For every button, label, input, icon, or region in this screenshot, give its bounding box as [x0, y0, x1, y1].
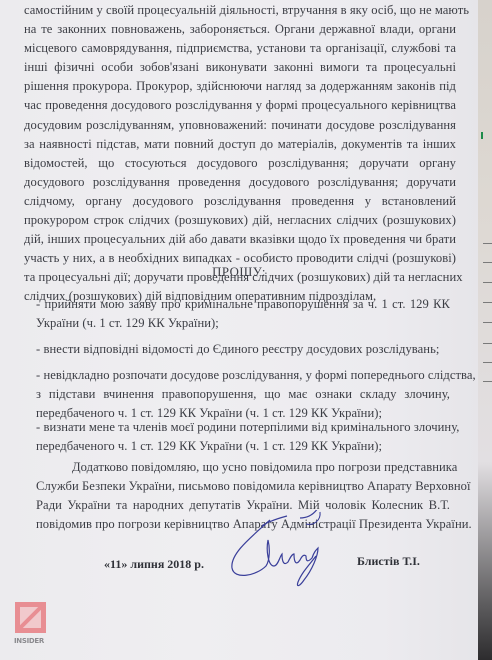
edge-tick: [483, 282, 492, 283]
text-line: України (ч. 1 ст. 129 КК України);: [36, 314, 450, 333]
text-line: Служби Безпеки України, письмово повідом…: [36, 477, 450, 496]
text-line: час проведення досудового розслідування …: [24, 96, 456, 115]
text-line: передбаченого ч. 1 ст. 129 КК України (ч…: [36, 437, 450, 456]
request-item-1: - прийняти мою заяву про кримінальне пра…: [36, 295, 450, 333]
request-item-2: - внести відповідні відомості до Єдиного…: [36, 340, 450, 359]
edge-tick: [483, 343, 492, 344]
edge-tick: [483, 302, 492, 303]
request-heading: ПРОШУ:: [0, 265, 478, 280]
edge-tick: [483, 322, 492, 323]
text-line: - визнати мене та членів моєї родини пот…: [36, 418, 450, 437]
request-item-4: - визнати мене та членів моєї родини пот…: [36, 418, 450, 456]
insider-logo-icon: [15, 602, 46, 633]
text-line: досудовим розслідуванням, уповноважений:…: [24, 116, 456, 135]
text-line: прокурором строк слідчих (розшукових) ді…: [24, 211, 456, 230]
edge-tick: [483, 243, 492, 244]
signature-icon: [222, 510, 342, 590]
watermark-label: INSIDER: [14, 637, 54, 645]
text-line: слідчому, органу досудового розслідуванн…: [24, 192, 456, 211]
edge-tick: [483, 262, 492, 263]
text-line: - прийняти мою заяву про кримінальне пра…: [36, 295, 450, 314]
margin-mark: [481, 132, 483, 139]
body-paragraph-1: самостійним у своїй процесуальній діяльн…: [24, 1, 456, 307]
insider-watermark: INSIDER: [14, 602, 50, 652]
text-line: рішення прокурора. Прокурор, здійснюючи …: [24, 77, 456, 96]
page-edge-shadow: [478, 0, 492, 660]
text-line: інші фізичні особи зобов'язані виконуват…: [24, 58, 456, 77]
text-line: дій, інших процесуальних дій або давати …: [24, 230, 456, 249]
text-line: досудового розслідування проведення досу…: [24, 173, 456, 192]
signer-name: Блистів Т.І.: [357, 554, 420, 569]
edge-tick: [483, 381, 492, 382]
request-item-3: - невідкладно розпочати досудове розслід…: [36, 366, 450, 423]
text-line: місцевого самоврядування, підприємства, …: [24, 39, 456, 58]
text-line: з підстави вчинення правопорушення, що м…: [36, 385, 450, 404]
text-line: - невідкладно розпочати досудове розслід…: [36, 366, 450, 385]
edge-tick: [483, 362, 492, 363]
text-line: самостійним у своїй процесуальній діяльн…: [24, 1, 456, 20]
text-line: - внести відповідні відомості до Єдиного…: [36, 340, 450, 359]
document-date: «11» липня 2018 р.: [104, 557, 204, 572]
text-line: відомостей, що стосуються досудового роз…: [24, 154, 456, 173]
text-line: Додатково повідомляю, що усно повідомила…: [36, 458, 450, 477]
text-line: за наявності підстав, мати повний доступ…: [24, 135, 456, 154]
text-line: на те законних повноважень, забороняєтьс…: [24, 20, 456, 39]
